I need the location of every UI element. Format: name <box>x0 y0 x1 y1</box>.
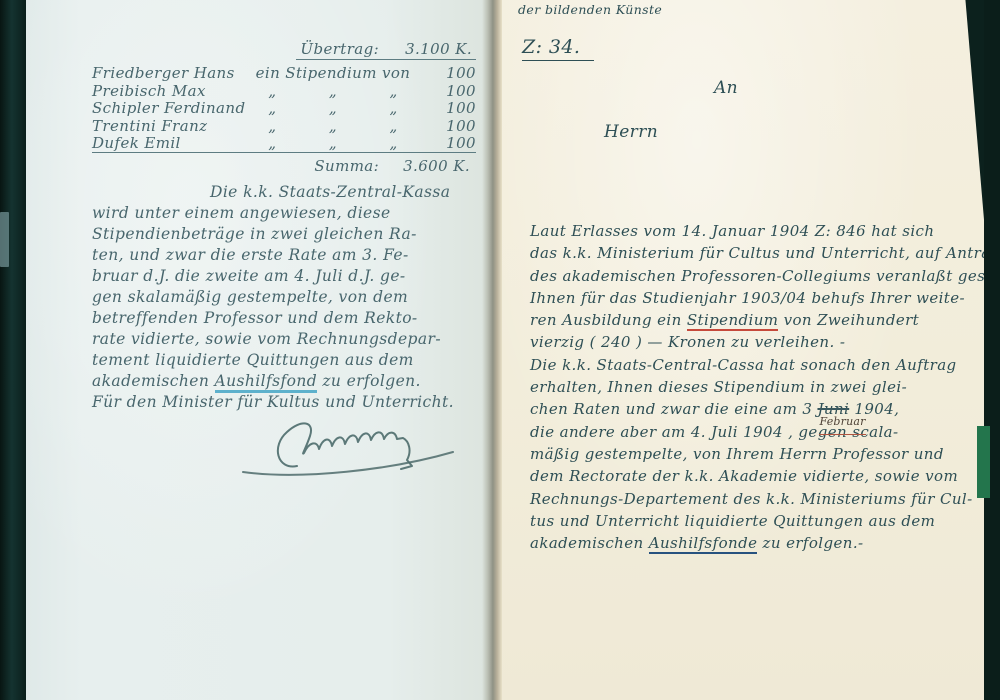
carryover-label: Übertrag: <box>300 40 379 58</box>
table-row: Friedberger Hans ein Stipendium von 100 <box>92 64 476 82</box>
recipient-name: Trentini Franz <box>92 117 242 135</box>
correction-word: Februar <box>819 411 865 434</box>
amount: 100 <box>424 64 476 82</box>
scan-edge-right <box>984 0 1000 700</box>
handwritten-line: Stipendienbeträge in zwei gleichen Ra- <box>92 224 476 245</box>
handwritten-line: rate vidierte, sowie vom Rechnungsdepar- <box>92 329 476 350</box>
left-page: Übertrag: 3.100 K. Friedberger Hans ein … <box>26 0 488 700</box>
ditto-mark: „ <box>268 99 276 117</box>
ditto-mark: „ <box>268 134 276 152</box>
handwritten-line: erhalten, Ihnen dieses Stipendium in zwe… <box>530 376 976 398</box>
letterhead-fragment: der bildenden Künste <box>518 2 662 17</box>
amount: 100 <box>424 82 476 100</box>
recipient-name: Dufek Emil <box>92 134 242 152</box>
stipend-text: ein Stipendium von <box>256 64 411 82</box>
highlighted-word-aushilfsfond: Aushilfsfond <box>215 372 318 393</box>
recipient-name: Friedberger Hans <box>92 64 242 82</box>
summa-label: Summa: <box>314 157 379 175</box>
carryover-line: Übertrag: 3.100 K. <box>92 40 476 60</box>
handwritten-line-fond: akademischen Aushilfsfond zu erfolgen. <box>92 371 476 392</box>
stipend-recipient-list: Friedberger Hans ein Stipendium von 100 … <box>92 64 476 153</box>
handwritten-line: gen skalamäßig gestempelte, von dem <box>92 287 476 308</box>
book-binding-left <box>0 0 26 700</box>
file-number: Z: 34. <box>522 36 594 58</box>
carryover-amount: 3.100 K. <box>405 40 472 58</box>
summa-line: Summa: 3.600 K. <box>92 157 476 175</box>
handwritten-line: Ihnen für das Studienjahr 1903/04 behufs… <box>530 287 976 309</box>
address-to: An <box>714 78 738 98</box>
ditto-mark: „ <box>268 82 276 100</box>
amount: 100 <box>424 99 476 117</box>
signature-flourish <box>231 408 461 483</box>
ditto-mark: „ <box>329 82 337 100</box>
handwritten-line: Die k.k. Staats-Central-Cassa hat sonach… <box>530 354 976 376</box>
handwritten-line: dem Rectorate der k.k. Akademie vidierte… <box>530 465 976 487</box>
table-row: Trentini Franz „ „ „ 100 <box>92 117 476 135</box>
handwritten-line: mäßig gestempelte, von Ihrem Herrn Profe… <box>530 443 976 465</box>
handwritten-line: Rechnungs-Departement des k.k. Ministeri… <box>530 488 976 510</box>
handwritten-line: Die k.k. Staats-Zentral-Kassa <box>92 182 476 203</box>
handwritten-line: betreffenden Professor und dem Rekto- <box>92 308 476 329</box>
highlighted-word-aushilfsfonde: Aushilfsfonde <box>649 534 758 554</box>
archival-document-scan: Übertrag: 3.100 K. Friedberger Hans ein … <box>0 0 1000 700</box>
handwritten-line: bruar d.J. die zweite am 4. Juli d.J. ge… <box>92 266 476 287</box>
right-page-paragraph: Laut Erlasses vom 14. Januar 1904 Z: 846… <box>530 220 976 554</box>
highlighted-word-stipendium: Stipendium <box>687 311 779 331</box>
handwritten-line-correction: chen Raten und zwar die eine am 3 JuniFe… <box>530 398 976 420</box>
ditto-mark: „ <box>329 99 337 117</box>
ditto-mark: „ <box>329 117 337 135</box>
handwritten-line: das k.k. Ministerium für Cultus und Unte… <box>530 242 976 264</box>
table-row: Schipler Ferdinand „ „ „ 100 <box>92 99 476 117</box>
handwritten-line: die andere aber am 4. Juli 1904 , gegen … <box>530 421 976 443</box>
handwritten-line: tement liquidierte Quittungen aus dem <box>92 350 476 371</box>
address-name: Herrn <box>604 122 658 142</box>
ditto-mark: „ <box>390 99 398 117</box>
handwritten-line-stipendium: ren Ausbildung ein Stipendium von Zweihu… <box>530 309 976 331</box>
recipient-name: Preibisch Max <box>92 82 242 100</box>
handwritten-line: ten, und zwar die erste Rate am 3. Fe- <box>92 245 476 266</box>
right-page: der bildenden Künste Z: 34. An Herrn Lau… <box>502 0 988 700</box>
handwritten-line: vierzig ( 240 ) — Kronen zu verleihen. - <box>530 331 976 353</box>
green-bookmark-patch <box>977 426 990 498</box>
handwritten-line: des akademischen Professoren-Collegiums … <box>530 265 976 287</box>
ditto-mark: „ <box>390 82 398 100</box>
left-page-content: Übertrag: 3.100 K. Friedberger Hans ein … <box>92 40 476 413</box>
amount: 100 <box>424 117 476 135</box>
amount: 100 <box>424 134 476 152</box>
table-row: Preibisch Max „ „ „ 100 <box>92 82 476 100</box>
ditto-mark: „ <box>390 134 398 152</box>
ditto-mark: „ <box>268 117 276 135</box>
recipient-name: Schipler Ferdinand <box>92 99 242 117</box>
handwritten-line-fond: akademischen Aushilfsfonde zu erfolgen.- <box>530 532 976 554</box>
handwritten-line: tus und Unterricht liquidierte Quittunge… <box>530 510 976 532</box>
handwritten-line: wird unter einem angewiesen, diese <box>92 203 476 224</box>
handwritten-line: Laut Erlasses vom 14. Januar 1904 Z: 846… <box>530 220 976 242</box>
page-seam <box>488 0 502 700</box>
table-row: Dufek Emil „ „ „ 100 <box>92 134 476 153</box>
summa-amount: 3.600 K. <box>403 157 470 175</box>
binding-label-sticker <box>0 212 9 267</box>
left-page-paragraph: Die k.k. Staats-Zentral-Kassa wird unter… <box>92 182 476 413</box>
ditto-mark: „ <box>390 117 398 135</box>
ditto-mark: „ <box>329 134 337 152</box>
